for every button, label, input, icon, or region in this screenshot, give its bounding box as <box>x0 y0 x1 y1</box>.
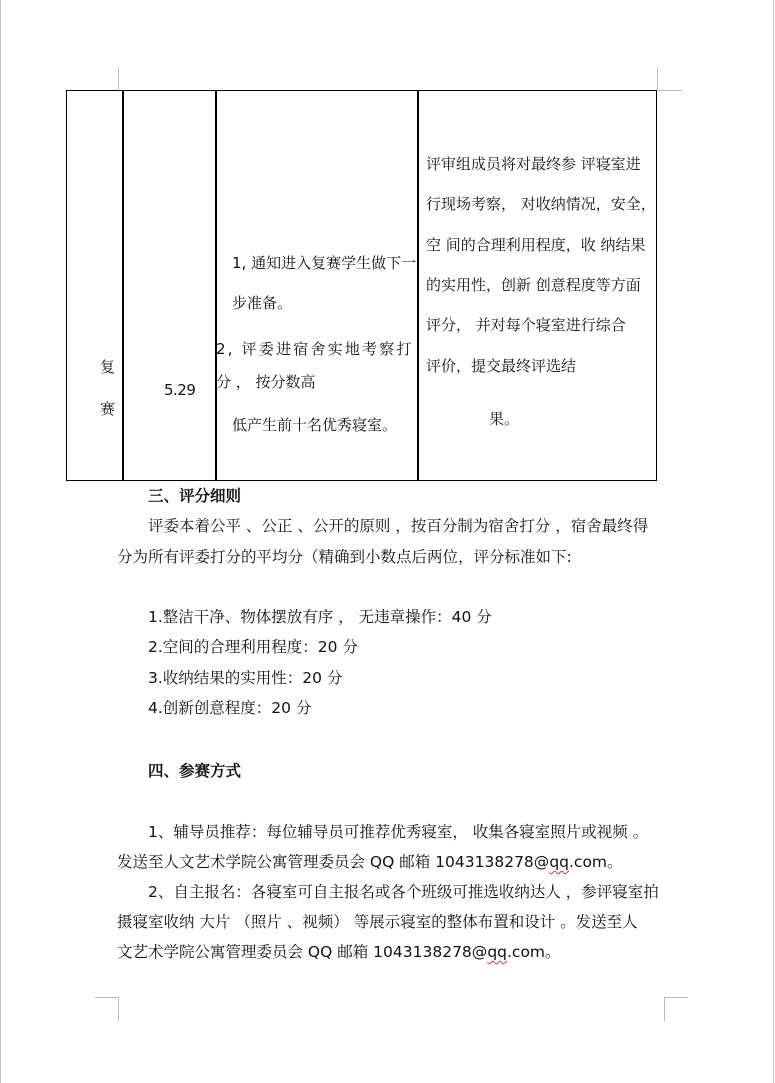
margin-mark-bottom-left <box>118 997 119 1021</box>
scoring-paragraph-line: 评委本着公平 、公正 、公开的原则 ，按百分制为宿舍打分 ，宿舍最终得 <box>148 519 648 535</box>
section-heading-scoring: 三、评分细则 <box>148 488 241 504</box>
section-heading-participation: 四、参赛方式 <box>148 763 241 779</box>
criteria-item: 4.创新创意程度：20 分 <box>148 701 311 717</box>
date-cell: 5.29 <box>164 383 195 398</box>
margin-mark-bottom-left-h <box>95 997 118 998</box>
content-cell-line: 1, 通知进入复赛学生做下一 <box>232 256 416 271</box>
email-line-suffix: .com。 <box>569 853 623 871</box>
email-domain: qq <box>487 943 507 961</box>
desc-cell-line: 的实用性，创新 创意程度等方面 <box>426 278 641 293</box>
margin-mark-top-left <box>118 68 119 90</box>
desc-cell-line: 评审组成员将对最终参 评寝室进 <box>426 157 641 172</box>
email-line-prefix: 文艺术学院公寓管理委员会 QQ 邮箱 1043138278@ <box>117 943 487 961</box>
participation-item-line: 摄寝室收纳 大片 （照片 、视频） 等展示寝室的整体布置和设计 。发送至人 <box>117 915 638 931</box>
margin-mark-top-right <box>657 68 658 90</box>
page-edge-left <box>0 0 1 1083</box>
stage-cell-char: 复 <box>100 360 115 375</box>
table-column-divider <box>122 91 124 480</box>
participation-item-line: 文艺术学院公寓管理委员会 QQ 邮箱 1043138278@qq.com。 <box>117 945 561 961</box>
desc-cell-line: 空 间的合理利用程度，收 纳结果 <box>426 238 646 253</box>
table-column-divider <box>215 91 217 480</box>
stage-cell-char: 赛 <box>100 402 115 417</box>
scoring-paragraph-line: 分为所有评委打分的平均分（精确到小数点后两位，评分标准如下: <box>117 550 572 566</box>
desc-cell-line: 评价，提交最终评选结 <box>426 359 576 374</box>
email-line-prefix: 发送至人文艺术学院公寓管理委员会 QQ 邮箱 1043138278@ <box>117 853 549 871</box>
desc-cell-line: 果。 <box>489 412 519 427</box>
margin-mark-bottom-right <box>664 997 665 1021</box>
criteria-item: 1.整洁干净、物体摆放有序 ， 无违章操作：40 分 <box>148 610 492 626</box>
page-edge-right <box>773 0 774 1083</box>
participation-item-line: 1、辅导员推荐：每位辅导员可推荐优秀寝室， 收集各寝室照片或视频 。 <box>148 825 648 841</box>
content-cell-line: 低产生前十名优秀寝室。 <box>232 418 397 433</box>
desc-cell-line: 评分， 并对每个寝室进行综合 <box>426 318 626 333</box>
content-cell-line: 2, 评委进宿舍实地考察打 <box>216 342 414 357</box>
criteria-item: 3.收纳结果的实用性：20 分 <box>148 671 342 687</box>
criteria-item: 2.空间的合理利用程度：20 分 <box>148 640 358 656</box>
content-cell-line: 步准备。 <box>232 296 292 311</box>
margin-mark-top-right-h <box>658 90 682 91</box>
desc-cell-line: 行现场考察， 对收纳情况，安全， <box>426 197 656 212</box>
email-domain: qq <box>549 853 569 871</box>
margin-mark-bottom-right-h <box>664 997 688 998</box>
table-column-divider <box>417 91 419 480</box>
participation-item-line: 发送至人文艺术学院公寓管理委员会 QQ 邮箱 1043138278@qq.com… <box>117 855 623 871</box>
content-cell-line: 分 ， 按分数高 <box>216 375 316 390</box>
participation-item-line: 2、自主报名：各寝室可自主报名或各个班级可推选收纳达人 ，参评寝室拍 <box>148 885 659 901</box>
email-line-suffix: .com。 <box>507 943 561 961</box>
